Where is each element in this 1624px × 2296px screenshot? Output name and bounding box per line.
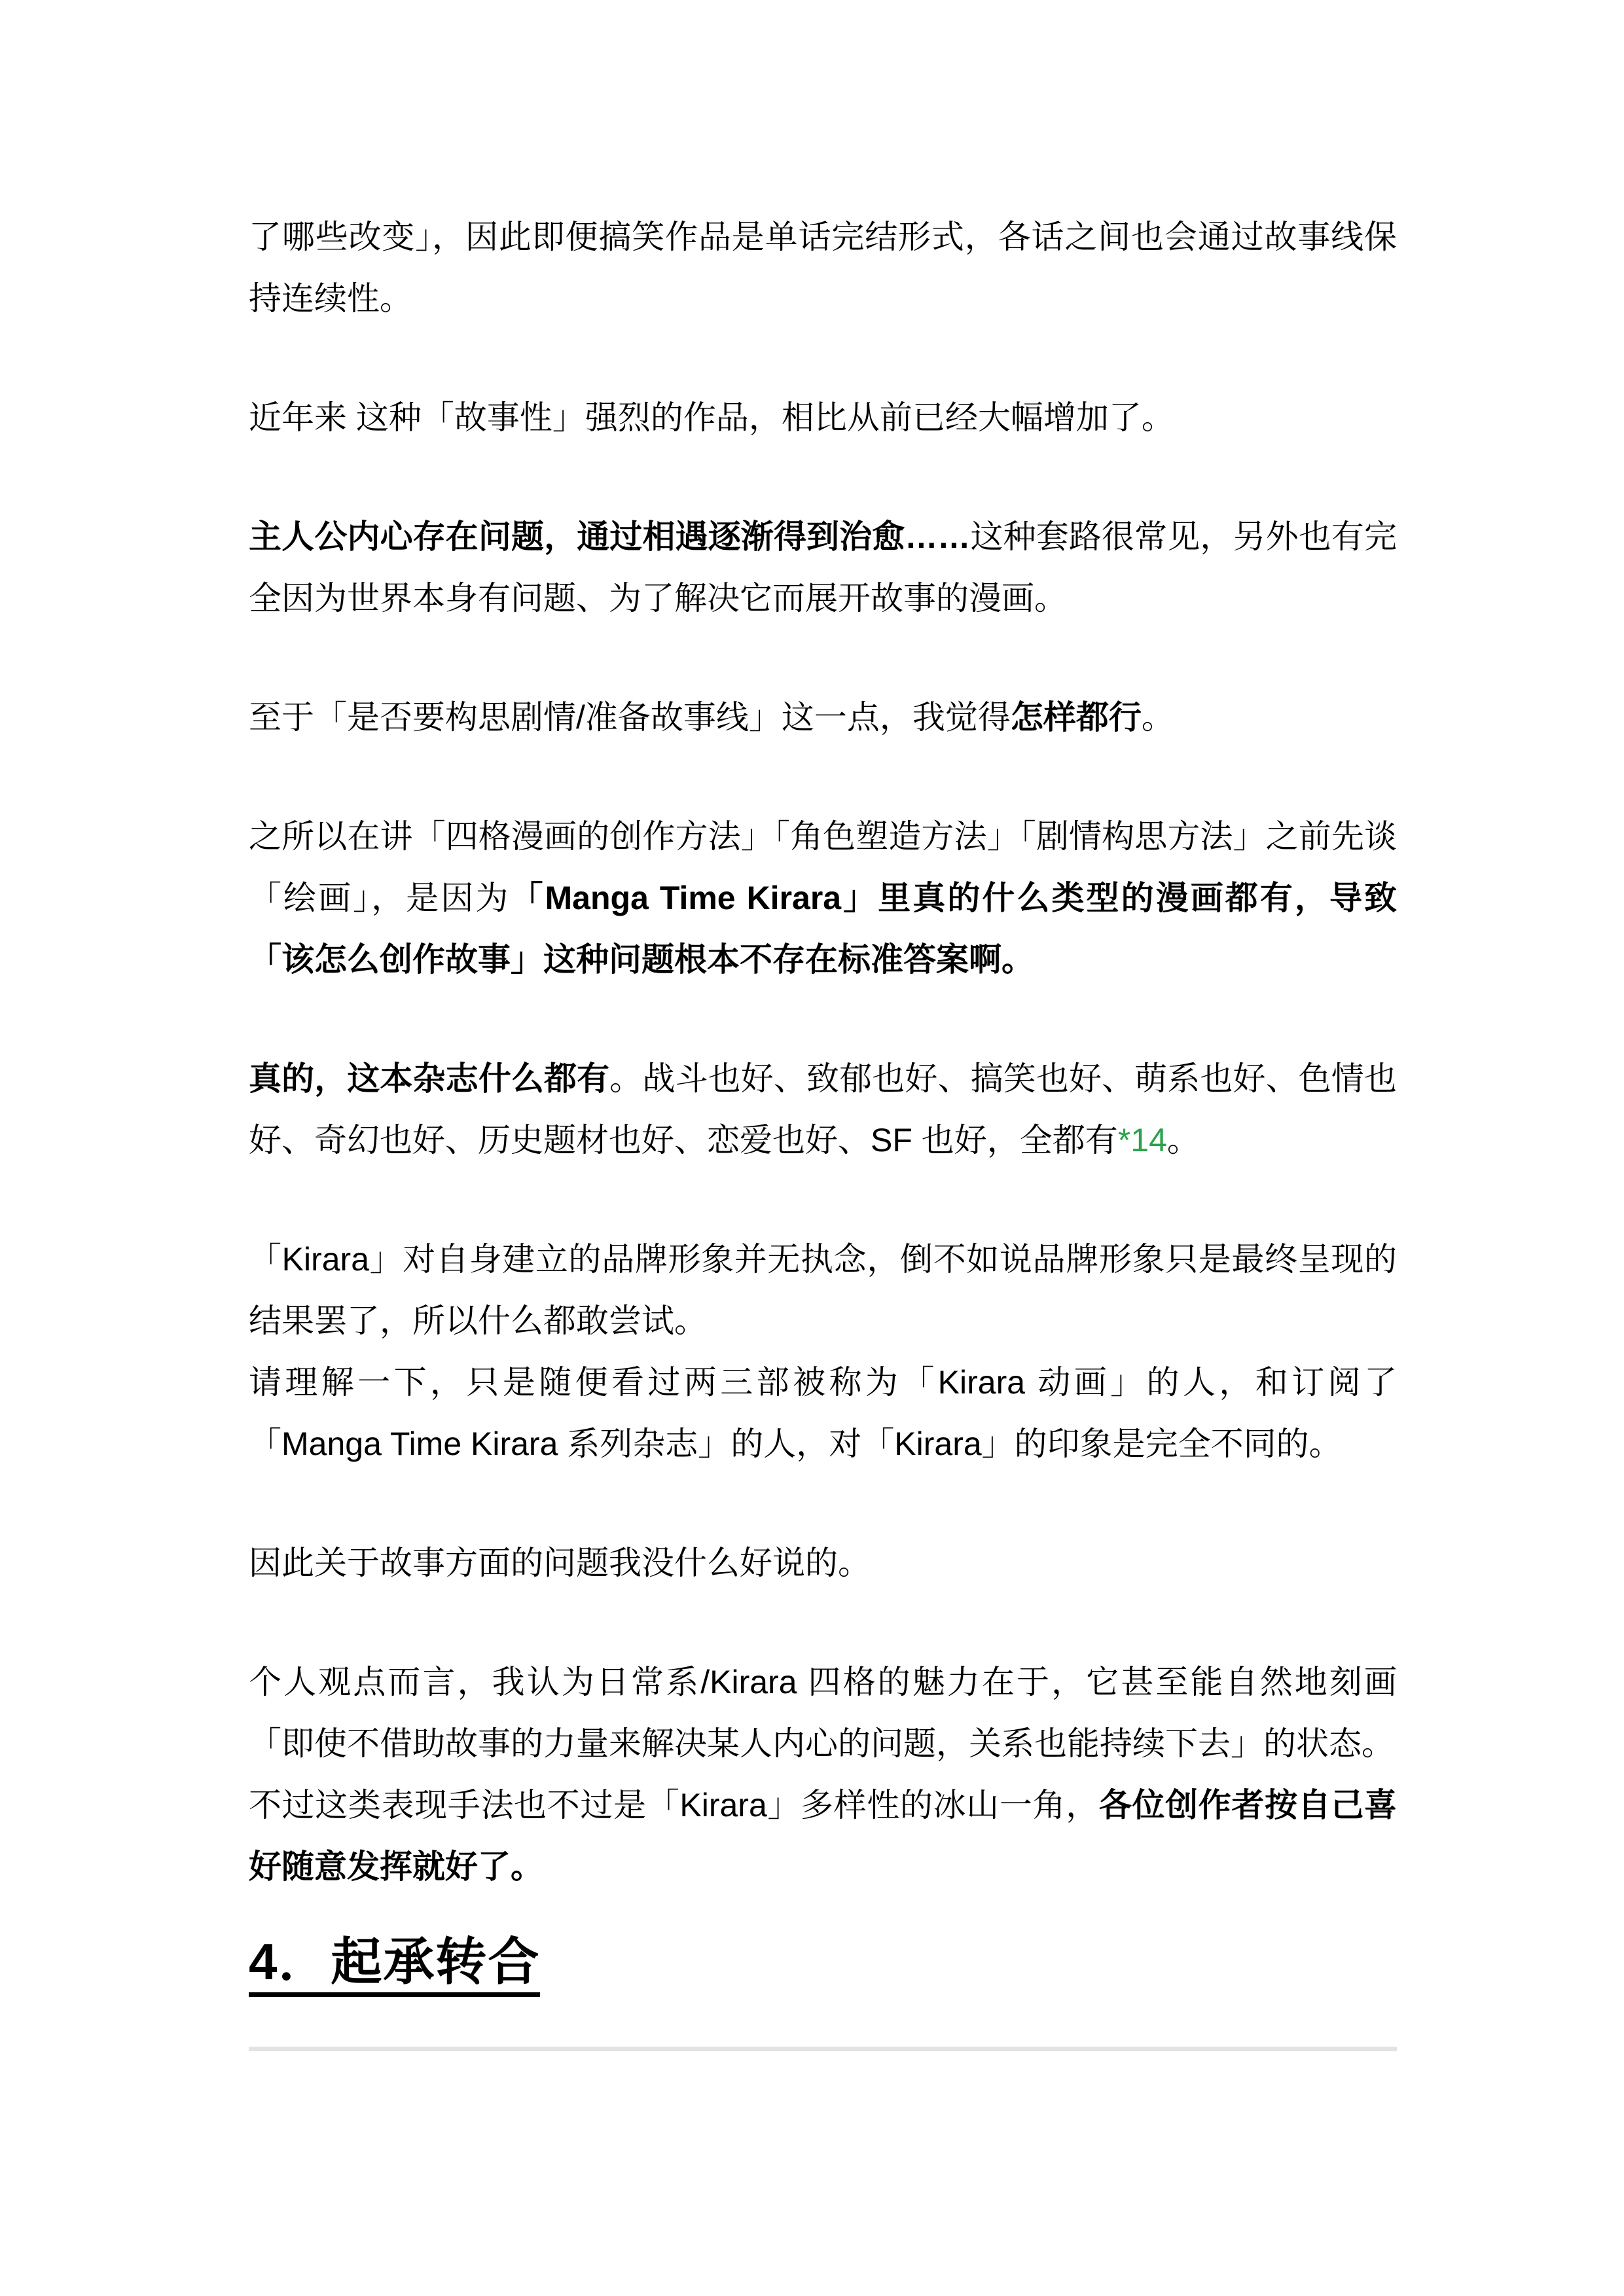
section-heading: 4．起承转合 (249, 1931, 1397, 1997)
text-segment: 不过这类表现手法也不过是「Kirara」多样性的冰山一角， (249, 1787, 1099, 1823)
bold-text-segment: 主人公内心存在问题，通过相遇逐渐得到治愈…… (249, 518, 970, 555)
text-segment: 至于「是否要构思剧情/准备故事线」这一点，我觉得 (249, 699, 1011, 736)
text-segment: 。 (1142, 699, 1174, 736)
paragraph: 因此关于故事方面的问题我没什么好说的。 (249, 1532, 1397, 1594)
text-segment: 因此关于故事方面的问题我没什么好说的。 (249, 1545, 871, 1581)
text-segment: 。 (1167, 1122, 1200, 1158)
section-divider (249, 2047, 1397, 2051)
section-heading-text: 4．起承转合 (249, 1931, 540, 1997)
paragraph: 主人公内心存在问题，通过相遇逐渐得到治愈……这种套路很常见，另外也有完全因为世界… (249, 506, 1397, 629)
paragraph: 真的，这本杂志什么都有。战斗也好、致郁也好、搞笑也好、萌系也好、色情也好、奇幻也… (249, 1048, 1397, 1171)
paragraph: 近年来 这种「故事性」强烈的作品，相比从前已经大幅增加了。 (249, 387, 1397, 448)
paragraph: 个人观点而言，我认为日常系/Kirara 四格的魅力在于，它甚至能自然地刻画「即… (249, 1651, 1397, 1897)
article-content: 了哪些改变」，因此即便搞笑作品是单话完结形式，各话之间也会通过故事线保持连续性。… (249, 206, 1397, 2051)
text-segment: 请理解一下，只是随便看过两三部被称为「Kirara 动画」的人，和订阅了「Man… (249, 1364, 1397, 1462)
paragraph: 「Kirara」对自身建立的品牌形象并无执念，倒不如说品牌形象只是最终呈现的结果… (249, 1229, 1397, 1475)
bold-text-segment: 怎样都行 (1011, 699, 1142, 736)
text-segment: 个人观点而言，我认为日常系/Kirara 四格的魅力在于，它甚至能自然地刻画「即… (249, 1664, 1397, 1762)
paragraph: 之所以在讲「四格漫画的创作方法」「角色塑造方法」「剧情构思方法」之前先谈「绘画」… (249, 806, 1397, 990)
footnote-link[interactable]: *14 (1118, 1122, 1167, 1158)
text-segment: 近年来 这种「故事性」强烈的作品，相比从前已经大幅增加了。 (249, 399, 1174, 436)
paragraph: 至于「是否要构思剧情/准备故事线」这一点，我觉得怎样都行。 (249, 687, 1397, 748)
text-segment: 了哪些改变」，因此即便搞笑作品是单话完结形式，各话之间也会通过故事线保持连续性。 (249, 219, 1397, 317)
article-paragraphs: 了哪些改变」，因此即便搞笑作品是单话完结形式，各话之间也会通过故事线保持连续性。… (249, 206, 1397, 1897)
paragraph: 了哪些改变」，因此即便搞笑作品是单话完结形式，各话之间也会通过故事线保持连续性。 (249, 206, 1397, 329)
bold-text-segment: 真的，这本杂志什么都有 (249, 1060, 609, 1097)
text-segment: 「Kirara」对自身建立的品牌形象并无执念，倒不如说品牌形象只是最终呈现的结果… (249, 1241, 1397, 1339)
